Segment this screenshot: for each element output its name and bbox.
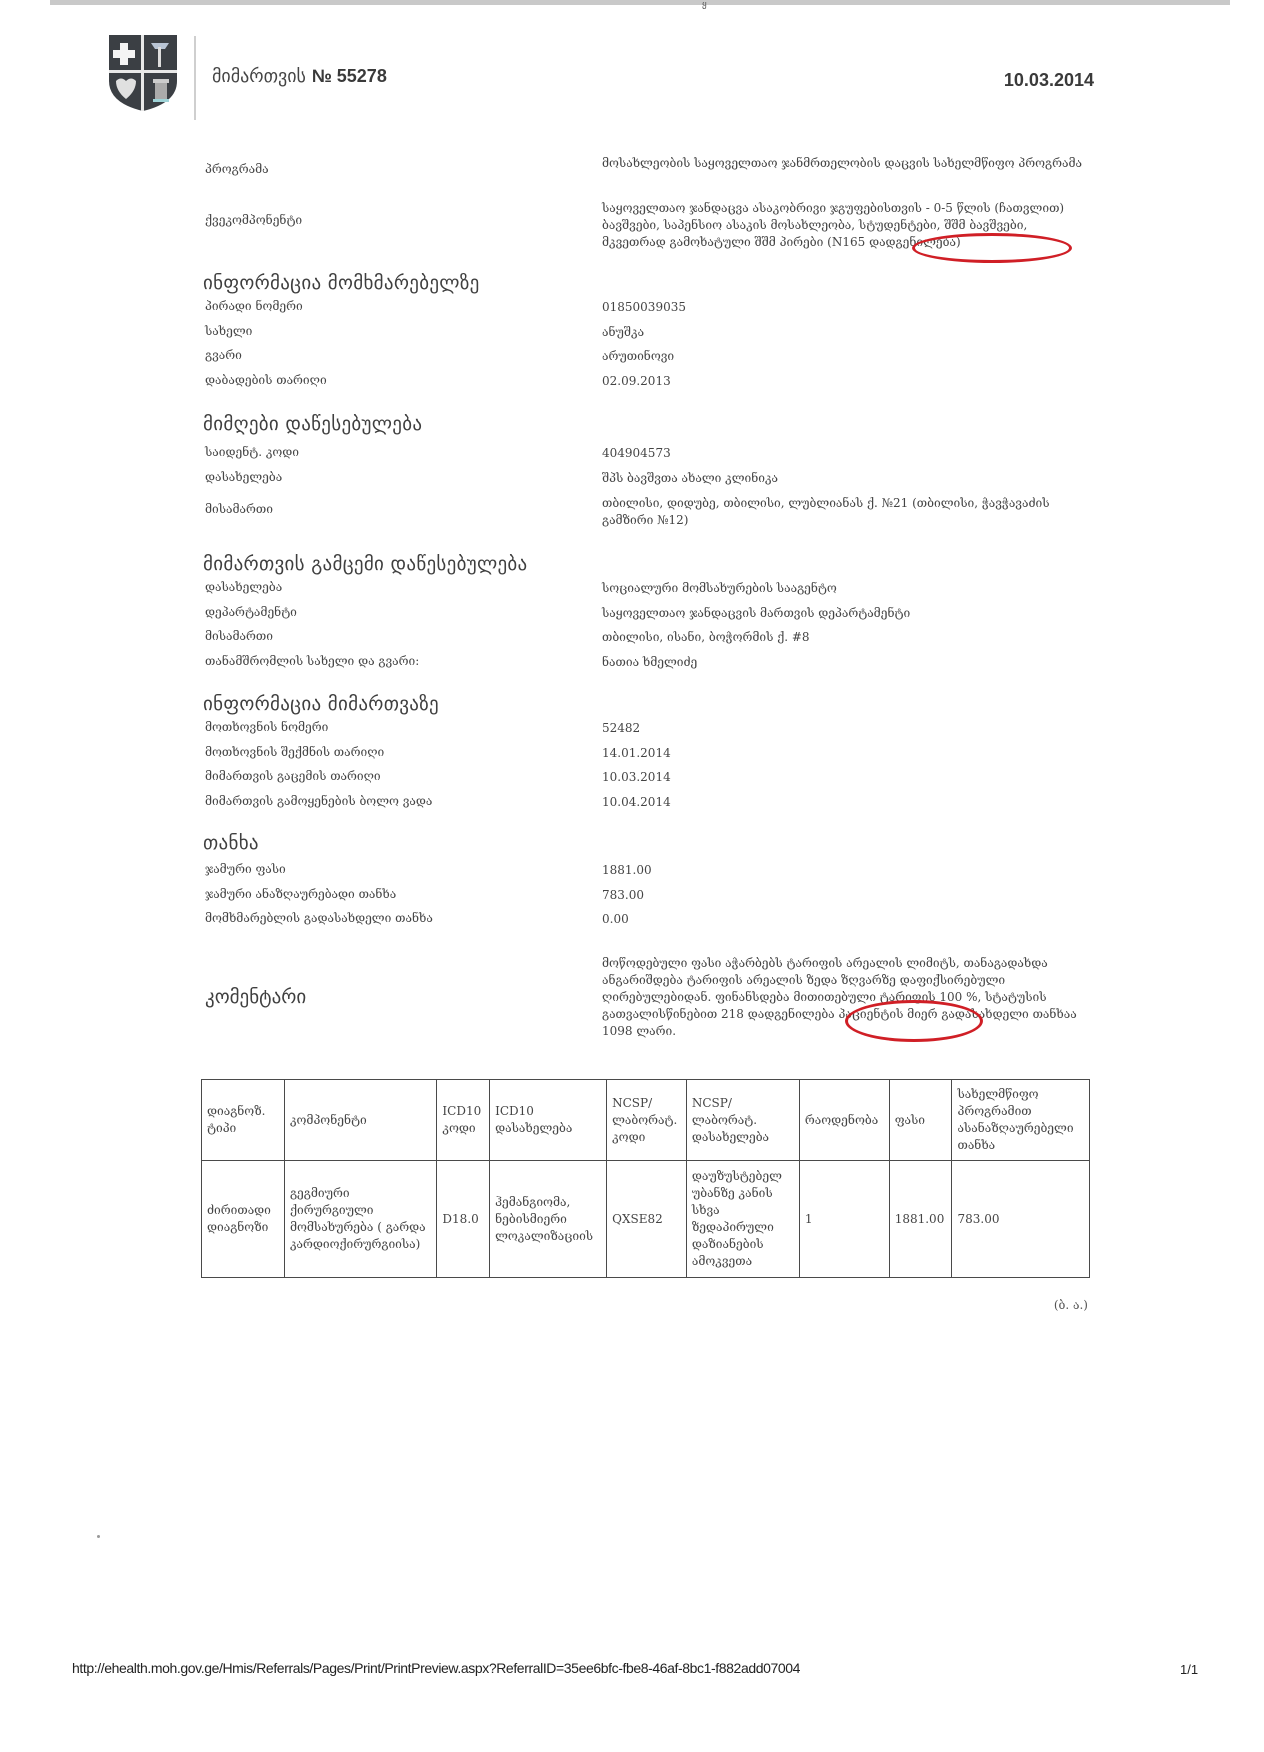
info-row-label: დაბადების თარიღი [205,373,585,387]
table-header-row: დიაგნოზ. ტიპიკომპონენტიICD10 კოდიICD10 დ… [202,1080,1090,1161]
info-row-value: 01850039035 [602,299,1082,316]
info-row-label: მოთხოვნის ნომერი [205,720,585,734]
comment-label: კომენტარი [205,986,585,1008]
referral-number: № 55278 [312,66,387,86]
program-value: მოსახლეობის საყოველთაო ჯანმრთელობის დაცვ… [602,155,1082,172]
subcomponent-label: ქვეკომპონენტი [205,213,585,227]
info-row-value: შპს ბავშვთა ახალი კლინიკა [602,470,1082,487]
table-row: ძირითადი დიაგნოზიგეგმიური ქირურგიული მომ… [202,1161,1090,1278]
info-row-label: მიმართვის გამოყენების ბოლო ვადა [205,794,585,808]
table-header-cell: ICD10 დასახელება [490,1080,607,1161]
table-header-cell: რაოდენობა [799,1080,889,1161]
red-circle-annotation-218 [845,1000,983,1042]
info-row-value: 1881.00 [602,862,1082,879]
info-row-value: ანუშკა [602,324,1082,341]
table-header-cell: ფასი [889,1080,952,1161]
info-row-label: ჯამური ფასი [205,862,585,876]
table-cell: QXSE82 [607,1161,687,1278]
red-circle-annotation-n165 [912,233,1072,263]
table-cell: ჰემანგიომა, ნებისმიერი ლოკალიზაციის [490,1161,607,1278]
info-row-label: მოთხოვნის შექმნის თარიღი [205,745,585,759]
title-prefix: მიმართვის [212,66,306,87]
info-row-value: 783.00 [602,887,1082,904]
medical-shield-logo-icon [107,33,179,113]
info-row-label: გვარი [205,348,585,362]
table-cell: 1881.00 [889,1161,952,1278]
table-header-cell: ICD10 კოდი [437,1080,490,1161]
section-title-user-info: ინფორმაცია მომხმარებელზე [203,272,480,294]
footer-url: http://ehealth.moh.gov.ge/Hmis/Referrals… [72,1660,800,1676]
scan-speck [97,1535,100,1538]
program-label: პროგრამა [205,162,585,176]
info-row-value: 0.00 [602,911,1082,928]
referral-date: 10.03.2014 [1004,70,1094,91]
section-title-referral-info: ინფორმაცია მიმართვაზე [203,693,439,715]
info-row-value: თბილისი, ისანი, ბოჭორმის ქ. #8 [602,629,1082,646]
info-row-label: მიმართვის გაცემის თარიღი [205,769,585,783]
info-row-label: დასახელება [205,470,585,484]
table-header-cell: NCSP/ ლაბორატ. დასახელება [686,1080,799,1161]
info-row-label: მისამართი [205,629,585,643]
table-header-cell: სახელმწიფო პროგრამით ასანაზღაურებელი თან… [952,1080,1090,1161]
services-table: დიაგნოზ. ტიპიკომპონენტიICD10 კოდიICD10 დ… [201,1079,1090,1278]
info-row-label: თანამშრომლის სახელი და გვარი: [205,654,585,668]
info-row-value: 14.01.2014 [602,745,1082,762]
info-row-value: 52482 [602,720,1082,737]
info-row-value: 02.09.2013 [602,373,1082,390]
info-row-value: 10.03.2014 [602,769,1082,786]
signature-mark: (ბ. ა.) [1054,1298,1088,1312]
scan-mark: ყ [702,0,707,10]
info-row-label: დასახელება [205,580,585,594]
table-cell: გეგმიური ქირურგიული მომსახურება ( გარდა … [284,1161,436,1278]
info-row-value: სოციალური მომსახურების სააგენტო [602,580,1082,597]
info-row-value: 404904573 [602,445,1082,462]
referral-title: მიმართვის № 55278 [212,66,387,87]
info-row-value: არუთინოვი [602,348,1082,365]
info-row-value: 10.04.2014 [602,794,1082,811]
info-row-value: ნათია ხმელიძე [602,654,1082,671]
scan-top-edge [50,0,1230,5]
table-cell: დაუზუსტებელ უბანზე კანის სხვა ზედაპირული… [686,1161,799,1278]
info-row-label: მისამართი [205,502,585,516]
info-row-label: ჯამური ანაზღაურებადი თანხა [205,887,585,901]
info-row-value: საყოველთაო ჯანდაცვის მართვის დეპარტამენტ… [602,605,1082,622]
table-cell: 783.00 [952,1161,1090,1278]
table-header-cell: დიაგნოზ. ტიპი [202,1080,285,1161]
table-header-cell: კომპონენტი [284,1080,436,1161]
table-cell: ძირითადი დიაგნოზი [202,1161,285,1278]
info-row-label: საიდენტ. კოდი [205,445,585,459]
info-row-label: მომხმარებლის გადასახდელი თანხა [205,911,585,925]
page-number: 1/1 [1180,1662,1198,1677]
table-cell: D18.0 [437,1161,490,1278]
table-cell: 1 [799,1161,889,1278]
section-title-issuing-institution: მიმართვის გამცემი დაწესებულება [203,553,528,575]
section-title-receiving-institution: მიმღები დაწესებულება [203,413,422,435]
table-header-cell: NCSP/ ლაბორატ. კოდი [607,1080,687,1161]
info-row-label: სახელი [205,324,585,338]
comment-value: მოწოდებული ფასი აჭარბებს ტარიფის არეალის… [602,955,1082,1040]
header-divider [194,36,196,120]
info-row-value: თბილისი, დიდუბე, თბილისი, ლუბლიანას ქ. №… [602,495,1082,529]
section-title-amount: თანხა [203,832,259,854]
info-row-label: პირადი ნომერი [205,299,585,313]
info-row-label: დეპარტამენტი [205,605,585,619]
